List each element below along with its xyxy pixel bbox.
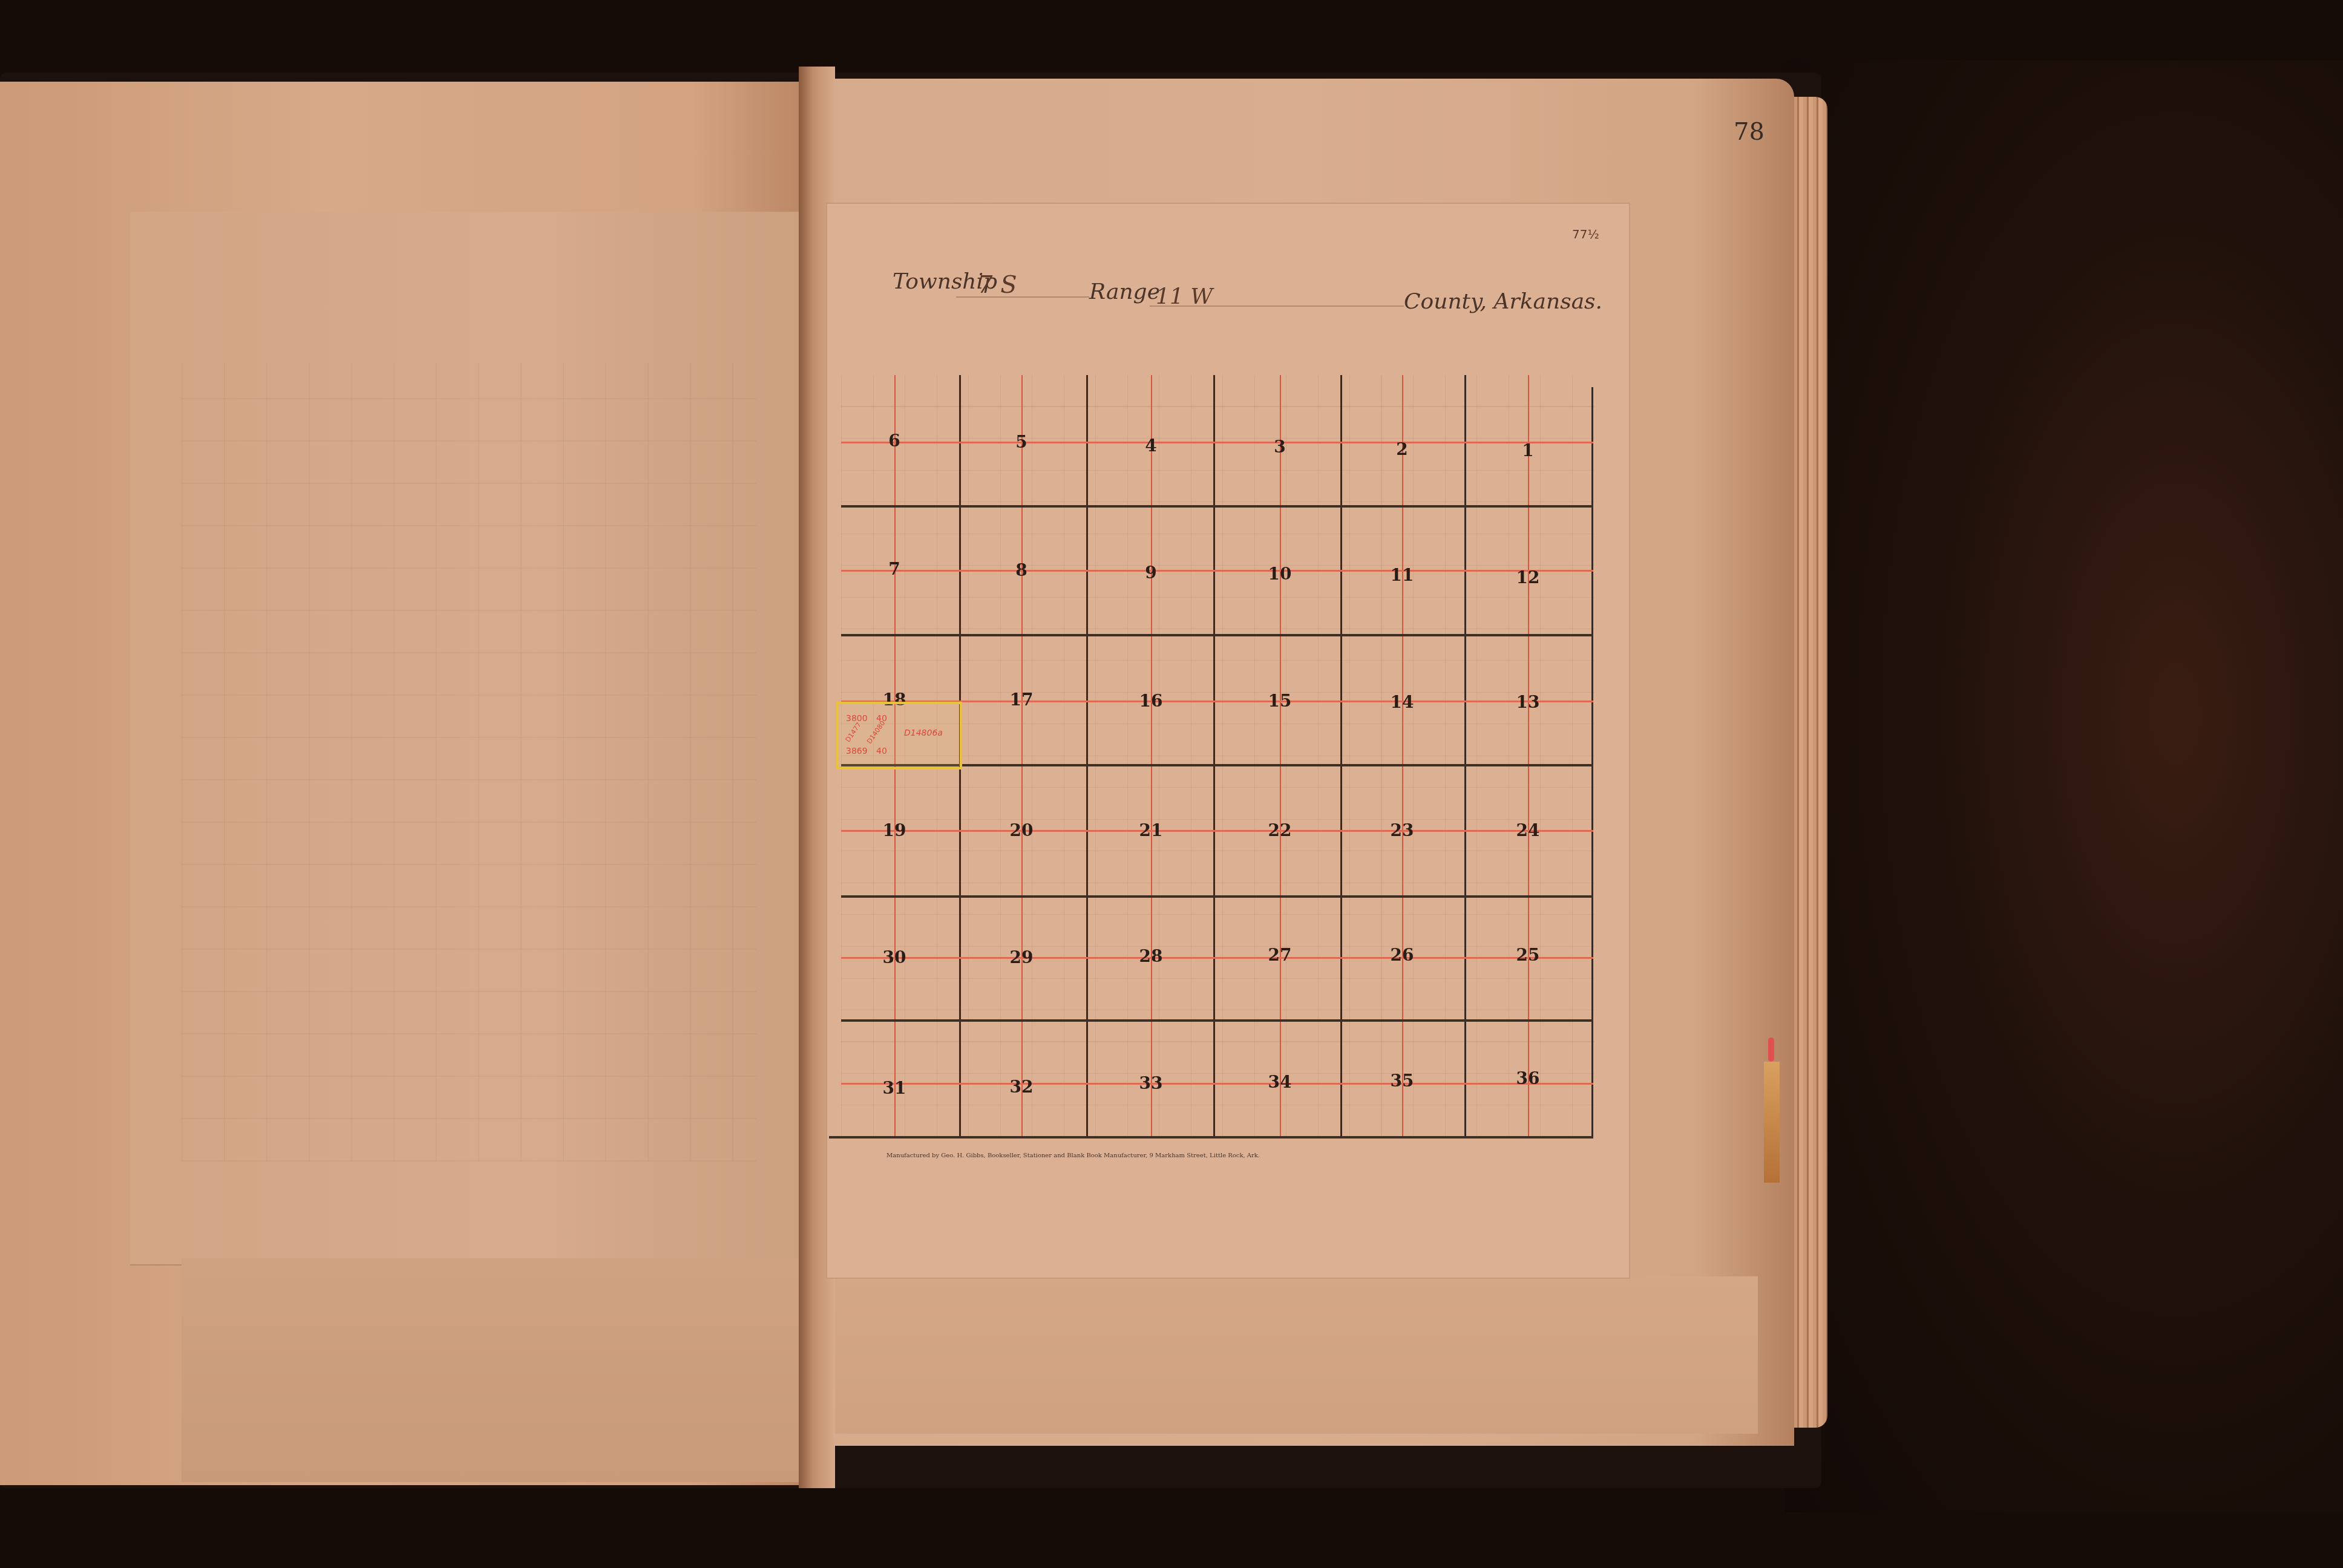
manufacturer-imprint: Manufactured by Geo. H. Gibbs, Bookselle… <box>886 1152 1260 1159</box>
section-3[interactable]: 3 <box>1274 437 1285 457</box>
section-23[interactable]: 23 <box>1391 820 1414 840</box>
section-line-h6 <box>829 1136 1593 1138</box>
section-31[interactable]: 31 <box>883 1078 906 1098</box>
page-tab[interactable] <box>1764 1062 1780 1183</box>
section-28[interactable]: 28 <box>1139 946 1163 966</box>
section-17[interactable]: 17 <box>1010 690 1034 710</box>
section-25[interactable]: 25 <box>1516 945 1540 965</box>
section-6[interactable]: 6 <box>888 431 900 451</box>
section-11[interactable]: 11 <box>1391 565 1414 585</box>
quarter-line-h5 <box>841 957 1593 959</box>
left-sheet-bleedthrough-grid <box>182 363 756 1161</box>
section-9[interactable]: 9 <box>1145 563 1156 583</box>
section-5[interactable]: 5 <box>1015 432 1027 452</box>
right-lower-sheet <box>814 1276 1758 1434</box>
annotation-line-5: 3869 <box>846 746 868 756</box>
section-7[interactable]: 7 <box>888 559 900 579</box>
page-number: 78 <box>1734 118 1765 146</box>
left-lower-sheet <box>182 1258 805 1482</box>
section-36[interactable]: 36 <box>1516 1068 1540 1088</box>
section-line-h2 <box>841 634 1593 636</box>
section-1[interactable]: 1 <box>1522 440 1533 460</box>
annotation-line-3: D1477 <box>844 721 863 743</box>
section-22[interactable]: 22 <box>1268 820 1292 840</box>
quarter-line-v6 <box>1528 375 1529 1137</box>
quarter-line-v5 <box>1402 375 1403 1137</box>
annotation-line-7: D14806a <box>904 728 943 738</box>
annotation-line-6: 40 <box>876 746 887 756</box>
sheet-number: 77½ <box>1572 227 1599 241</box>
quarter-line-h6 <box>841 1083 1593 1085</box>
section-33[interactable]: 33 <box>1139 1073 1163 1093</box>
section-12[interactable]: 12 <box>1516 567 1540 587</box>
section-8[interactable]: 8 <box>1015 560 1027 580</box>
section-16[interactable]: 16 <box>1139 691 1163 711</box>
range-label: Range <box>1089 279 1160 304</box>
township-value: 7 S <box>977 271 1017 299</box>
section-2[interactable]: 2 <box>1396 439 1407 459</box>
section-18-annotation[interactable]: 3800 40 D1477 D14080 3869 40 D14806a <box>836 702 962 769</box>
quarter-line-v2 <box>1021 375 1023 1137</box>
section-15[interactable]: 15 <box>1268 691 1292 711</box>
section-10[interactable]: 10 <box>1268 564 1292 584</box>
section-line-h5 <box>841 1019 1593 1022</box>
section-line-h1 <box>841 505 1593 508</box>
section-35[interactable]: 35 <box>1391 1071 1414 1091</box>
section-line-v6 <box>1591 387 1593 1137</box>
section-26[interactable]: 26 <box>1391 945 1414 965</box>
quarter-line-h4 <box>841 830 1593 832</box>
section-line-v2 <box>1086 375 1088 1137</box>
section-21[interactable]: 21 <box>1139 820 1163 840</box>
section-4[interactable]: 4 <box>1145 436 1156 456</box>
section-14[interactable]: 14 <box>1391 692 1414 712</box>
section-line-v4 <box>1340 375 1342 1137</box>
section-line-v3 <box>1213 375 1215 1137</box>
section-19[interactable]: 19 <box>883 820 906 840</box>
county-label: County, Arkansas. <box>1404 289 1602 314</box>
section-line-v5 <box>1464 375 1466 1137</box>
range-rule <box>1150 305 1404 307</box>
section-line-h4 <box>841 895 1593 898</box>
section-13[interactable]: 13 <box>1516 692 1540 712</box>
township-rule <box>956 296 1089 298</box>
section-30[interactable]: 30 <box>883 947 906 967</box>
section-27[interactable]: 27 <box>1268 945 1292 965</box>
section-20[interactable]: 20 <box>1010 820 1034 840</box>
quarter-line-h2 <box>841 570 1593 572</box>
section-34[interactable]: 34 <box>1268 1072 1292 1092</box>
background <box>1785 60 2343 1512</box>
section-24[interactable]: 24 <box>1516 820 1540 840</box>
section-29[interactable]: 29 <box>1010 947 1034 967</box>
quarter-line-v4 <box>1280 375 1281 1137</box>
red-tab-mark <box>1768 1037 1774 1062</box>
quarter-line-h1 <box>841 442 1593 443</box>
section-32[interactable]: 32 <box>1010 1077 1034 1097</box>
quarter-line-v3 <box>1151 375 1152 1137</box>
